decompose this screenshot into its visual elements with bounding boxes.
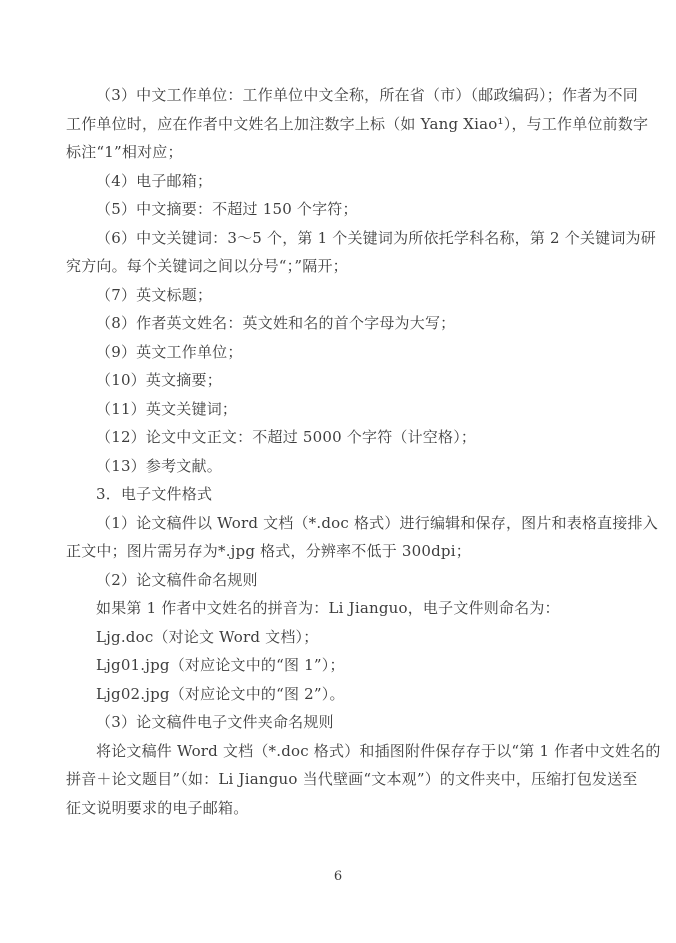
text-line: 正文中；图片需另存为*.jpg 格式，分辨率不低于 300dpi； <box>66 537 614 566</box>
text-line: （4）电子邮箱； <box>66 167 614 196</box>
text-line: 如果第 1 作者中文姓名的拼音为：Li Jianguo，电子文件则命名为： <box>66 594 614 623</box>
text-line: （1）论文稿件以 Word 文档（*.doc 格式）进行编辑和保存，图片和表格直… <box>66 509 614 538</box>
text-line: （12）论文中文正文：不超过 5000 个字符（计空格）； <box>66 423 614 452</box>
text-line: （7）英文标题； <box>66 281 614 310</box>
document-body: （3）中文工作单位：工作单位中文全称，所在省（市）（邮政编码）；作者为不同工作单… <box>66 81 614 822</box>
text-line: Ljg01.jpg（对应论文中的“图 1”）； <box>66 651 614 680</box>
text-line: 3．电子文件格式 <box>66 480 614 509</box>
text-line: （11）英文关键词； <box>66 395 614 424</box>
text-line: （10）英文摘要； <box>66 366 614 395</box>
text-line: Ljg02.jpg（对应论文中的“图 2”）。 <box>66 680 614 709</box>
text-line: （5）中文摘要：不超过 150 个字符； <box>66 195 614 224</box>
text-line: （13）参考文献。 <box>66 452 614 481</box>
text-line: 拼音＋论文题目”（如：Li Jianguo 当代壁画“文本观”）的文件夹中，压缩… <box>66 765 614 794</box>
text-line: 标注“1”相对应； <box>66 138 614 167</box>
text-line: 将论文稿件 Word 文档（*.doc 格式）和插图附件保存存于以“第 1 作者… <box>66 737 614 766</box>
text-line: （8）作者英文姓名：英文姓和名的首个字母为大写； <box>66 309 614 338</box>
text-line: 究方向。每个关键词之间以分号“；”隔开； <box>66 252 614 281</box>
text-line: 工作单位时，应在作者中文姓名上加注数字上标（如 Yang Xiao¹），与工作单… <box>66 110 614 139</box>
text-line: 征文说明要求的电子邮箱。 <box>66 794 614 823</box>
text-line: Ljg.doc（对论文 Word 文档）； <box>66 623 614 652</box>
text-line: （3）中文工作单位：工作单位中文全称，所在省（市）（邮政编码）；作者为不同 <box>66 81 614 110</box>
text-line: （9）英文工作单位； <box>66 338 614 367</box>
text-line: （2）论文稿件命名规则 <box>66 566 614 595</box>
page-number: 6 <box>0 867 676 887</box>
text-line: （6）中文关键词：3～5 个，第 1 个关键词为所依托学科名称，第 2 个关键词… <box>66 224 614 253</box>
document-page: （3）中文工作单位：工作单位中文全称，所在省（市）（邮政编码）；作者为不同工作单… <box>0 0 676 943</box>
text-line: （3）论文稿件电子文件夹命名规则 <box>66 708 614 737</box>
